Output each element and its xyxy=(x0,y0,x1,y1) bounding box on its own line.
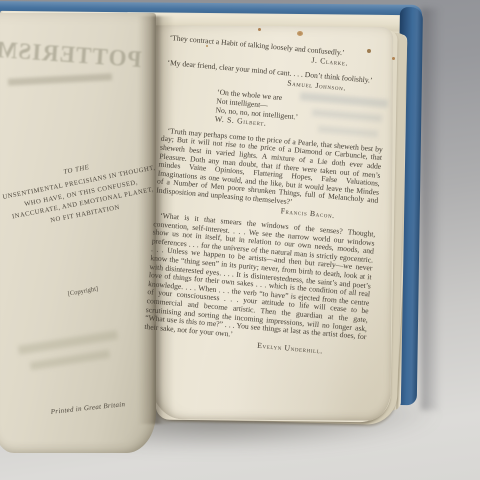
quote: ‘What is it that smears the windows of t… xyxy=(143,211,375,360)
quote-text: ‘What is it that smears the windows of t… xyxy=(144,211,376,350)
epigraph-quotes-block: ‘They contract a Habit of talking loosel… xyxy=(143,34,392,367)
foxing-spot xyxy=(297,31,303,36)
cover-side-shadow xyxy=(421,8,441,410)
quote: ‘Truth may perhaps come to the price of … xyxy=(155,126,383,223)
book-photo-scene: POTTERISM TO THE UNSENTIMENTAL PRECISIAN… xyxy=(0,0,480,480)
foxing-spot xyxy=(258,28,261,31)
foxing-spot xyxy=(392,57,395,60)
